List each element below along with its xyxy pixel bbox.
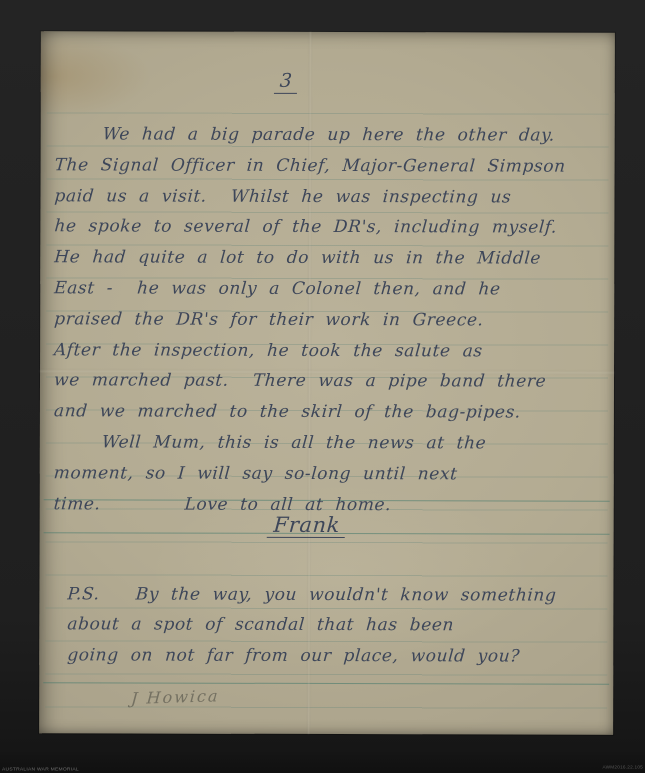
handwritten-line: East - he was only a Colonel then, and h…	[53, 273, 611, 305]
handwritten-line: he spoke to several of the DR's, includi…	[53, 212, 611, 244]
handwritten-line: moment, so I will say so-long until next	[53, 458, 611, 490]
handwritten-line: paid us a visit. Whilst he was inspectin…	[53, 181, 611, 213]
handwritten-line: and we marched to the skirl of the bag-p…	[53, 396, 611, 428]
handwritten-line: The Signal Officer in Chief, Major-Gener…	[53, 150, 611, 182]
ruled-line-strong	[43, 682, 609, 684]
postscript-line: P.S. By the way, you wouldn't know somet…	[66, 579, 608, 611]
watermark-catalogue-number: AWM2016.22.105	[602, 765, 643, 770]
postscript-line: about a spot of scandal that has been	[66, 610, 608, 642]
archive-scan-background: 3 We had a big parade up here the other …	[0, 0, 645, 773]
page-number: 3	[274, 70, 298, 94]
postscript-block: P.S. By the way, you wouldn't know somet…	[67, 579, 607, 672]
handwritten-line: After the inspection, he took the salute…	[53, 335, 611, 367]
handwritten-line: Well Mum, this is all the news at the	[53, 427, 611, 459]
letter-body: We had a big parade up here the other da…	[54, 119, 611, 521]
handwritten-line: praised the DR's for their work in Greec…	[53, 304, 611, 336]
postscript-line: going on not far from our place, would y…	[66, 640, 608, 672]
watermark-institution: AUSTRALIAN WAR MEMORIAL	[2, 767, 79, 772]
handwritten-line: We had a big parade up here the other da…	[54, 119, 612, 151]
pencil-inscription: J Howica	[131, 686, 221, 708]
signature: Frank	[267, 513, 347, 538]
handwritten-line: He had quite a lot to do with us in the …	[53, 242, 611, 274]
handwritten-line: we marched past. There was a pipe band t…	[53, 366, 611, 398]
letter-page: 3 We had a big parade up here the other …	[39, 31, 615, 735]
